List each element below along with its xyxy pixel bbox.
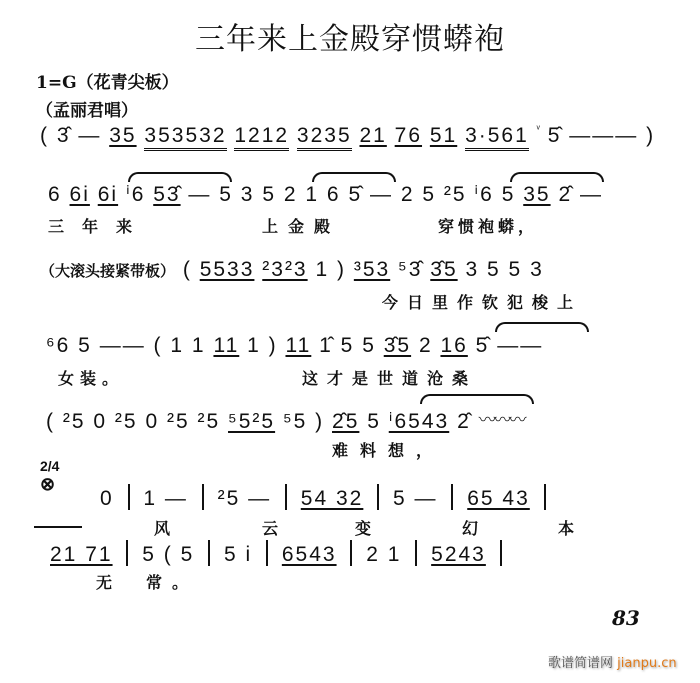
note-group: ²5 — [198, 410, 221, 433]
lyrics-line-1a: 三年来 — [48, 214, 150, 237]
lyrics-line-1c: 穿惯袍蟒， — [438, 214, 538, 237]
measure: 21 71 — [50, 543, 113, 566]
notation-line-3: ⁶6 5 —— ( 1 1 11 1 ) 11 1̂ 5 5 3̂5 2 16 … — [46, 334, 543, 358]
note-group: ⁶6 — [46, 334, 70, 357]
key-signature: 1=G（花青尖板） — [36, 68, 179, 93]
lyric-char: 本 — [558, 516, 584, 539]
note-group: 53̂ — [153, 183, 180, 206]
slur — [510, 172, 604, 182]
note-group: ( — [40, 124, 49, 147]
notation-line-4: ( ²5 0 ²5 0 ²5 ²5 ⁵5²5 ⁵5 ) 2̂5 5 ⁱ6543 … — [46, 406, 524, 434]
slur — [128, 172, 232, 182]
note-group: 5 — [509, 258, 523, 281]
note-group: 1 — [305, 183, 319, 206]
slur — [312, 172, 396, 182]
note-group: 0 — [93, 410, 107, 433]
note-group: 3235 — [297, 124, 352, 151]
tie-continuation — [34, 526, 82, 528]
notation-line-1: 6 6i 6i ⁱ6 53̂ — 5 3 5 2 1 6 5̂ — 2 5 ²5… — [48, 182, 603, 207]
slur — [495, 322, 589, 332]
measure: 0 — [100, 487, 114, 510]
note-group: 5 — [367, 410, 381, 433]
barline — [451, 484, 453, 510]
sustain-dash: —— — [497, 334, 543, 357]
song-title: 三年来上金殿穿惯蟒袍 — [0, 14, 700, 58]
note-group: 51 — [430, 124, 457, 147]
note-group: 1 — [315, 258, 329, 281]
note-group: ) — [315, 410, 324, 433]
note-group: ⁱ6 — [474, 183, 493, 206]
watermark-domain: jianpu.cn — [617, 656, 676, 671]
note-group: ⁱ6543 — [389, 410, 449, 433]
note-group: 5 — [487, 258, 501, 281]
note-group: 5 — [422, 183, 436, 206]
barline — [128, 484, 130, 510]
sustain-dash: ——— — [569, 124, 638, 147]
note-group: 353532 — [144, 124, 226, 151]
note-group: ( — [154, 334, 163, 357]
note-group: 1212 — [234, 124, 289, 151]
lyric-char: 常。 — [146, 570, 198, 593]
note-group: 5 — [78, 334, 92, 357]
breath-mark: ᵛ — [537, 124, 540, 135]
note-group: ³53 — [354, 258, 390, 281]
sustain-dash: — — [188, 183, 211, 206]
note-group: 1̂ — [319, 334, 333, 357]
note-group: 3̂5 — [384, 334, 411, 357]
note-group: 5 — [341, 334, 355, 357]
note-group: 6i — [98, 183, 118, 206]
measure: 5 ( 5 — [142, 543, 194, 566]
barline — [202, 484, 204, 510]
note-group: 5 — [502, 183, 516, 206]
note-group: ⁵5²5 — [228, 410, 275, 433]
lyric-char: 幻 — [462, 516, 488, 539]
note-group: ²5 — [115, 410, 138, 433]
lyrics-line-3a: 女装。 — [58, 366, 124, 389]
barline — [126, 540, 128, 566]
measure: 1 — — [143, 487, 188, 510]
trill-wavy-line: 〰〰〰 — [479, 406, 524, 432]
lyrics-line-3b: 这才是世道沧桑 — [302, 366, 477, 389]
note-group: 6i — [70, 183, 90, 206]
note-group: ²5 — [444, 183, 467, 206]
barline — [266, 540, 268, 566]
note-group: 3 — [241, 183, 255, 206]
time-signature: 2/4 ⊗ — [40, 458, 59, 495]
note-group: ²5 — [167, 410, 190, 433]
note-group: 2 — [284, 183, 298, 206]
barline — [500, 540, 502, 566]
note-group: 1 — [170, 334, 184, 357]
barline — [350, 540, 352, 566]
measure: 54 32 — [301, 487, 364, 510]
notation-line-2: （大滚头接紧带板） ( 5533 ²3²3 1 ) ³53 ⁵3̂ 3̂5 3 … — [40, 258, 544, 282]
note-group: 21 — [359, 124, 386, 147]
note-group: 5533 — [200, 258, 255, 281]
note-group: 5̂ — [348, 183, 362, 206]
note-group: ) — [646, 124, 655, 147]
note-group: 2 — [419, 334, 433, 357]
lyrics-line-2: 今日里作钦犯梭上 — [382, 290, 582, 313]
lyrics-line-1b: 上金殿 — [262, 214, 340, 237]
note-group: 2 — [401, 183, 415, 206]
note-group: ⁵5 — [283, 410, 307, 433]
lyric-char: 云 — [262, 516, 288, 539]
note-group: ⁵3̂ — [398, 258, 422, 281]
measure: 5243 — [431, 543, 486, 566]
sustain-dash: —— — [100, 334, 146, 357]
barline — [285, 484, 287, 510]
note-group: — — [78, 124, 101, 147]
lyric-char: 变 — [355, 516, 381, 539]
note-group: 35 — [109, 124, 136, 147]
measure: ²5 — — [218, 487, 272, 510]
sustain-dash: — — [580, 183, 603, 206]
note-group: 35 — [523, 183, 550, 206]
notation-line-5: 0 1 — ²5 — 54 32 5 — 65 43 — [100, 484, 552, 511]
measure: 6543 — [282, 543, 337, 566]
page-number: 83 — [612, 606, 640, 630]
note-group: 11 — [285, 334, 311, 357]
note-group: 76 — [395, 124, 422, 147]
note-group: ²3²3 — [262, 258, 307, 281]
note-group: 11 — [213, 334, 239, 357]
note-group: ) — [337, 258, 346, 281]
watermark-site-name: 歌谱简谱网 — [548, 656, 613, 671]
note-group: 1 — [247, 334, 261, 357]
note-group: 3 — [465, 258, 479, 281]
note-group: 0 — [145, 410, 159, 433]
note-group: ⁱ6 — [126, 183, 145, 206]
note-group: ) — [269, 334, 278, 357]
note-group: ( — [183, 258, 192, 281]
measure: 5 — — [393, 487, 438, 510]
note-group: 5 — [262, 183, 276, 206]
note-group: 2̂5 — [332, 410, 359, 433]
note-group: 16 — [440, 334, 467, 357]
lyrics-line-4: 难料想， — [332, 438, 444, 461]
note-group: ²5 — [63, 410, 86, 433]
note-group: 6 — [48, 183, 62, 206]
notation-line-intro: ( 3̂ — 35 353532 1212 3235 21 76 51 3·56… — [40, 124, 655, 148]
note-group: 3̂ — [57, 124, 71, 147]
time-signature-value: 2/4 — [40, 458, 59, 474]
tempo-direction: （大滚头接紧带板） — [40, 262, 175, 280]
beat-symbol-icon: ⊗ — [40, 474, 59, 495]
note-group: 5̂ — [476, 334, 490, 357]
singer-credit: （孟丽君唱） — [36, 96, 138, 121]
measure: 65 43 — [467, 487, 530, 510]
slur — [420, 394, 534, 404]
note-group: 3̂5 — [430, 258, 457, 281]
barline — [415, 540, 417, 566]
note-group: 3 — [530, 258, 544, 281]
sustain-dash: — — [370, 183, 393, 206]
note-group: 2̂ — [558, 183, 572, 206]
watermark: 歌谱简谱网 jianpu.cn — [548, 652, 677, 671]
lyric-char: 无 — [96, 570, 122, 593]
note-group: 5̂ — [548, 124, 562, 147]
note-group: 6 — [327, 183, 341, 206]
barline — [377, 484, 379, 510]
note-group: 1 — [192, 334, 206, 357]
barline — [544, 484, 546, 510]
note-group: 2̂ — [457, 410, 471, 433]
note-group: 5 — [362, 334, 376, 357]
measure: 2 1 — [366, 543, 401, 566]
measure: 5 i — [224, 543, 252, 566]
note-group: 3·561 — [465, 124, 529, 151]
lyric-char: 风 — [154, 516, 180, 539]
barline — [208, 540, 210, 566]
notation-line-6: 21 71 5 ( 5 5 i 6543 2 1 5243 — [50, 540, 508, 567]
note-group: ( — [46, 410, 55, 433]
note-group: 5 — [219, 183, 233, 206]
